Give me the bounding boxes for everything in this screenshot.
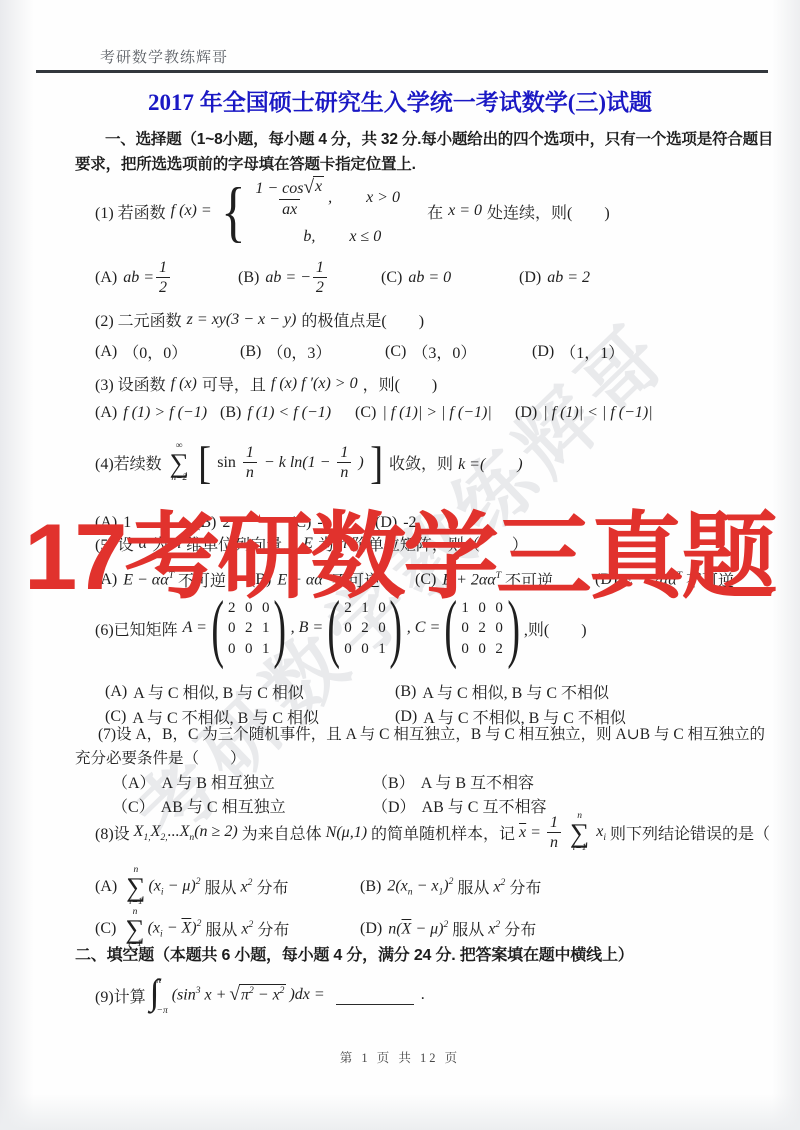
q1-option-b: (B) ab = − 12	[238, 258, 381, 297]
q7-option-a: （A）A 与 B 相互独立	[112, 770, 372, 793]
header-rule	[36, 70, 768, 73]
section1-line2: 要求，把所选选项前的字母填在答题卡指定位置上.	[75, 153, 774, 178]
q2-option-c: (C)（3，0）	[385, 340, 532, 363]
question-9: (9)计算 ∫ π−π (sin3 x + √π2 − x2 )dx = .	[95, 974, 425, 1016]
q2-option-b: (B)（0，3）	[240, 340, 385, 363]
q3-option-c: (C)| f (1)| > | f (−1)|	[355, 404, 515, 422]
q3-option-b: (B)f (1) < f (−1)	[220, 404, 355, 422]
brace-icon: {	[221, 181, 245, 242]
q1-options: (A) ab = 12 (B) ab = − 12 (C) ab = 0 (D)…	[95, 258, 590, 297]
q8-option-a: (A) n∑i=1 (xi − μ)2 服从 x2 分布	[95, 866, 360, 908]
q6-options-row1: (A)A 与 C 相似, B 与 C 相似 (B)A 与 C 相似, B 与 C…	[105, 680, 609, 703]
q6-option-b: (B)A 与 C 相似, B 与 C 不相似	[395, 680, 609, 703]
exam-title: 2017 年全国硕士研究生入学统一考试数学(三)试题	[0, 84, 800, 117]
q3-option-a: (A)f (1) > f (−1)	[95, 404, 220, 422]
q1-option-c: (C) ab = 0	[381, 269, 519, 287]
section2-heading: 二、填空题（本题共 6 小题，每小题 4 分，满分 24 分. 把答案填在题中横…	[75, 942, 634, 965]
q3-options: (A)f (1) > f (−1) (B)f (1) < f (−1) (C)|…	[95, 404, 653, 422]
q1-fx: f (x) =	[171, 202, 212, 220]
q7-line2: 充分必要条件是（ ）	[75, 746, 246, 768]
radical-icon: √π2 − x2	[229, 984, 286, 1006]
q2-option-d: (D)（1，1）	[532, 340, 624, 363]
radical-icon: √x	[303, 176, 324, 199]
q1-piecewise: { 1 − cos√x ax , x > 0 b, x ≤ 0	[217, 176, 422, 246]
q3-option-d: (D)| f (1)| < | f (−1)|	[515, 404, 653, 422]
q7-line1: (7)设 A，B，C 为三个随机事件，且 A 与 C 相互独立，B 与 C 相互…	[98, 722, 765, 744]
summation-icon: n∑i=1	[126, 866, 145, 908]
left-bracket-icon: [	[198, 442, 211, 483]
q1-stem: (1) 若函数	[95, 200, 166, 223]
summation-icon: n∑i=1	[570, 812, 589, 854]
page-edge-bottom	[0, 1094, 800, 1130]
q2-option-a: (A)（0，0）	[95, 340, 240, 363]
answer-blank	[336, 988, 414, 1005]
page-edge-right	[772, 0, 800, 1130]
section1-line1: 一、选择题（1~8小题，每小题 4 分，共 32 分.每小题给出的四个选项中，只…	[75, 128, 774, 153]
q8-options-row1: (A) n∑i=1 (xi − μ)2 服从 x2 分布 (B) 2(xn − …	[95, 866, 541, 908]
integral-icon: ∫ π−π	[150, 974, 168, 1016]
q1-option-d: (D) ab = 2	[519, 269, 590, 287]
question-8: (8)设 X1,X2,...Xn(n ≥ 2) 为来自总体 N(μ,1) 的简单…	[95, 812, 800, 854]
exam-page: 考研数学教练辉哥 考研数学教练辉哥 2017 年全国硕士研究生入学统一考试数学(…	[0, 0, 800, 1130]
summation-icon: ∞∑n=2	[170, 442, 189, 484]
q7-options-row1: （A）A 与 B 相互独立 （B）A 与 B 互不相容	[112, 770, 534, 793]
question-1: (1) 若函数 f (x) = { 1 − cos√x ax , x > 0 b…	[95, 176, 610, 246]
question-2: (2) 二元函数 z = xy(3 − x − y) 的极值点是( )	[95, 308, 424, 331]
brand-header: 考研数学教练辉哥	[100, 46, 228, 67]
q6-option-a: (A)A 与 C 相似, B 与 C 相似	[105, 680, 395, 703]
q8-option-b: (B) 2(xn − x1)2 服从 x2 分布	[360, 875, 541, 898]
q2-options: (A)（0，0） (B)（0，3） (C)（3，0） (D)（1，1）	[95, 340, 624, 363]
red-watermark: 17考研数学三真题	[24, 510, 774, 604]
q7-option-b: （B）A 与 B 互不相容	[372, 770, 534, 793]
q1-fraction: 1 − cos√x ax	[253, 176, 326, 219]
q1-option-a: (A) ab = 12	[95, 258, 238, 297]
question-3: (3) 设函数 f (x) 可导，且 f (x) f ′(x) > 0 ，则( …	[95, 372, 437, 395]
right-bracket-icon: ]	[370, 442, 383, 483]
page-number: 第 1 页 共 12 页	[0, 1048, 800, 1066]
q8-option-d: (D) n(X − μ)2 服从 x2 分布	[360, 917, 536, 940]
question-4: (4)若续数 ∞∑n=2 [ sin 1n − k ln(1 − 1n ) ] …	[95, 442, 523, 484]
section1-heading: 一、选择题（1~8小题，每小题 4 分，共 32 分.每小题给出的四个选项中，只…	[75, 128, 774, 178]
